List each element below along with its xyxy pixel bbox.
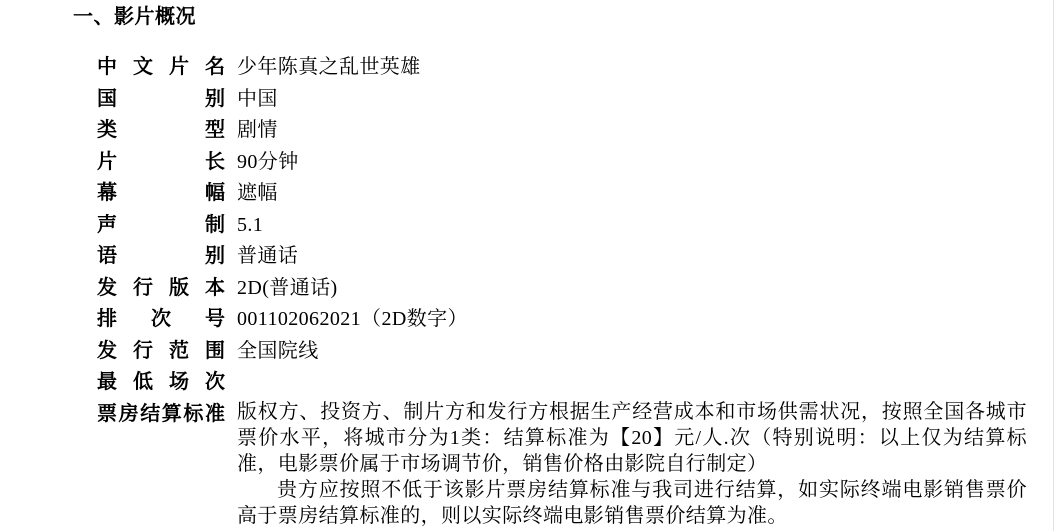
field-row: 最低场次 <box>97 367 1027 399</box>
field-label: 声制 <box>97 210 225 242</box>
field-value: 版权方、投资方、制片方和发行方根据生产经营成本和市场供需状况，按照全国各城市票价… <box>237 399 1027 529</box>
field-label: 语别 <box>97 241 225 273</box>
field-label: 发行版本 <box>97 273 225 305</box>
field-row: 发行范围 全国院线 <box>97 336 1027 368</box>
field-row: 中文片名 少年陈真之乱世英雄 <box>97 52 1027 84</box>
field-value: 少年陈真之乱世英雄 <box>237 52 421 84</box>
field-row: 语别 普通话 <box>97 241 1027 273</box>
settlement-paragraph: 版权方、投资方、制片方和发行方根据生产经营成本和市场供需状况，按照全国各城市票价… <box>237 399 1027 477</box>
field-label: 幕幅 <box>97 178 225 210</box>
field-row: 发行版本 2D(普通话) <box>97 273 1027 305</box>
field-label: 类型 <box>97 115 225 147</box>
field-value: 剧情 <box>237 115 278 147</box>
field-value: 90分钟 <box>237 147 299 179</box>
field-value: 全国院线 <box>237 336 319 368</box>
field-value: 普通话 <box>237 241 298 273</box>
field-label: 国别 <box>97 84 225 116</box>
field-value: 001102062021（2D数字） <box>237 304 468 336</box>
field-row: 声制 5.1 <box>97 210 1027 242</box>
field-label: 片长 <box>97 147 225 179</box>
field-label: 排次号 <box>97 304 225 336</box>
field-row: 片长 90分钟 <box>97 147 1027 179</box>
field-row: 排次号 001102062021（2D数字） <box>97 304 1027 336</box>
field-label: 票房结算标准 <box>97 399 225 431</box>
field-label: 中文片名 <box>97 52 225 84</box>
field-label: 最低场次 <box>97 367 225 399</box>
settlement-paragraph: 贵方应按照不低于该影片票房结算标准与我司进行结算，如实际终端电影销售票价高于票房… <box>237 477 1027 529</box>
field-value: 遮幅 <box>237 178 278 210</box>
field-value: 5.1 <box>237 210 263 242</box>
field-value: 中国 <box>237 84 278 116</box>
film-info-field-list: 中文片名 少年陈真之乱世英雄 国别 中国 类型 剧情 片长 90分钟 幕幅 遮幅… <box>97 52 1027 529</box>
page-right-edge <box>1053 0 1054 531</box>
field-label: 发行范围 <box>97 336 225 368</box>
section-heading: 一、影片概况 <box>73 4 196 30</box>
field-row: 幕幅 遮幅 <box>97 178 1027 210</box>
field-row: 类型 剧情 <box>97 115 1027 147</box>
field-row: 票房结算标准 版权方、投资方、制片方和发行方根据生产经营成本和市场供需状况，按照… <box>97 399 1027 529</box>
field-row: 国别 中国 <box>97 84 1027 116</box>
field-value: 2D(普通话) <box>237 273 338 305</box>
